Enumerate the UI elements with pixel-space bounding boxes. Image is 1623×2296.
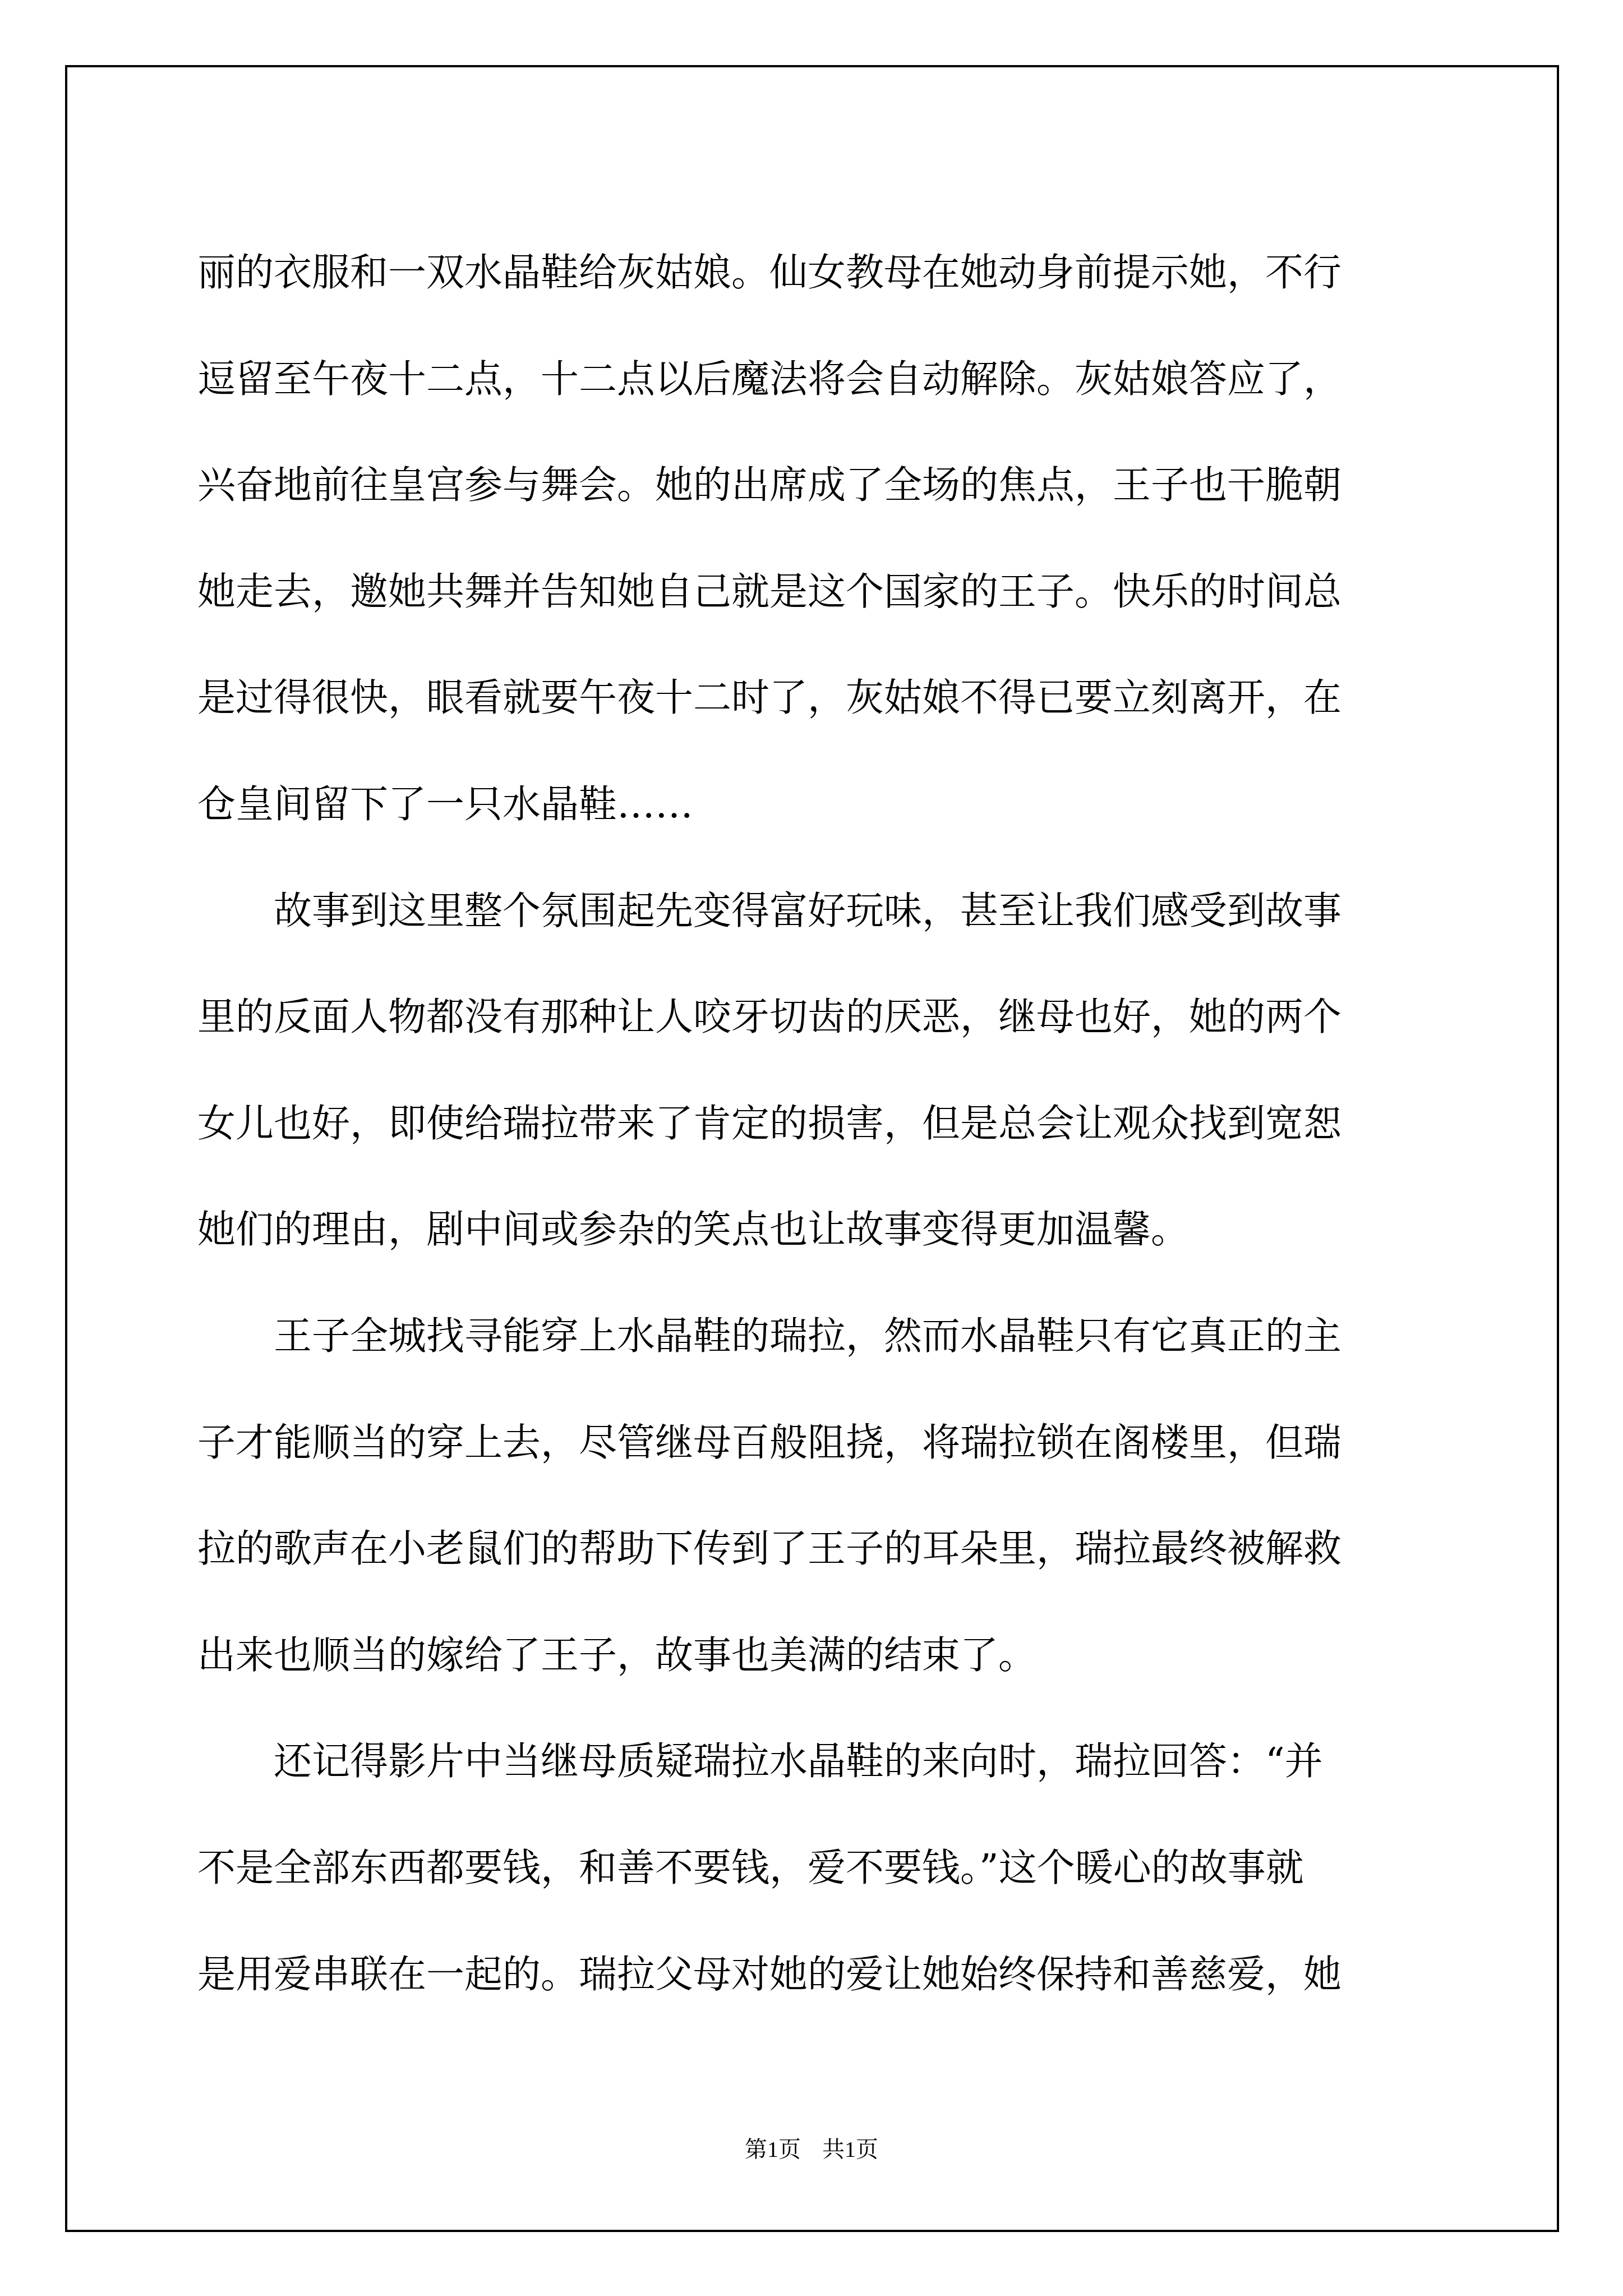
text-line: 仓皇间留下了一只水晶鞋……	[197, 752, 1431, 858]
text-line: 是过得很快，眼看就要午夜十二时了，灰姑娘不得已要立刻离开，在	[197, 645, 1431, 752]
text-line: 逗留至午夜十二点，十二点以后魔法将会自动解除。灰姑娘答应了，	[197, 326, 1431, 433]
text-line: 丽的衣服和一双水晶鞋给灰姑娘。仙女教母在她动身前提示她，不行	[197, 220, 1431, 326]
current-page-label: 第1页	[745, 2137, 801, 2162]
paragraph-start-line: 王子全城找寻能穿上水晶鞋的瑞拉，然而水晶鞋只有它真正的主	[197, 1283, 1431, 1390]
text-line: 出来也顺当的嫁给了王子，故事也美满的结束了。	[197, 1603, 1431, 1709]
text-line: 她走去，邀她共舞并告知她自己就是这个国家的王子。快乐的时间总	[197, 539, 1431, 646]
text-line: 女儿也好，即使给瑞拉带来了肯定的损害，但是总会让观众找到宽恕	[197, 1071, 1431, 1177]
paragraph-start-line: 还记得影片中当继母质疑瑞拉水晶鞋的来向时，瑞拉回答：“并	[197, 1709, 1431, 1815]
text-line: 子才能顺当的穿上去，尽管继母百般阻挠，将瑞拉锁在阁楼里，但瑞	[197, 1390, 1431, 1497]
document-body: 丽的衣服和一双水晶鞋给灰姑娘。仙女教母在她动身前提示她，不行 逗留至午夜十二点，…	[197, 220, 1431, 2028]
text-line: 不是全部东西都要钱，和善不要钱，爱不要钱。”这个暖心的故事就	[197, 1815, 1431, 1922]
page-footer: 第1页 共1页	[0, 2132, 1623, 2164]
text-line: 兴奋地前往皇宫参与舞会。她的出席成了全场的焦点，王子也干脆朝	[197, 432, 1431, 539]
total-pages-label: 共1页	[822, 2137, 878, 2162]
paragraph-start-line: 故事到这里整个氛围起先变得富好玩味，甚至让我们感受到故事	[197, 858, 1431, 965]
text-line: 拉的歌声在小老鼠们的帮助下传到了王子的耳朵里，瑞拉最终被解救	[197, 1496, 1431, 1603]
text-line: 她们的理由，剧中间或参杂的笑点也让故事变得更加温馨。	[197, 1177, 1431, 1283]
text-line: 是用爱串联在一起的。瑞拉父母对她的爱让她始终保持和善慈爱，她	[197, 1922, 1431, 2028]
text-line: 里的反面人物都没有那种让人咬牙切齿的厌恶，继母也好，她的两个	[197, 964, 1431, 1071]
